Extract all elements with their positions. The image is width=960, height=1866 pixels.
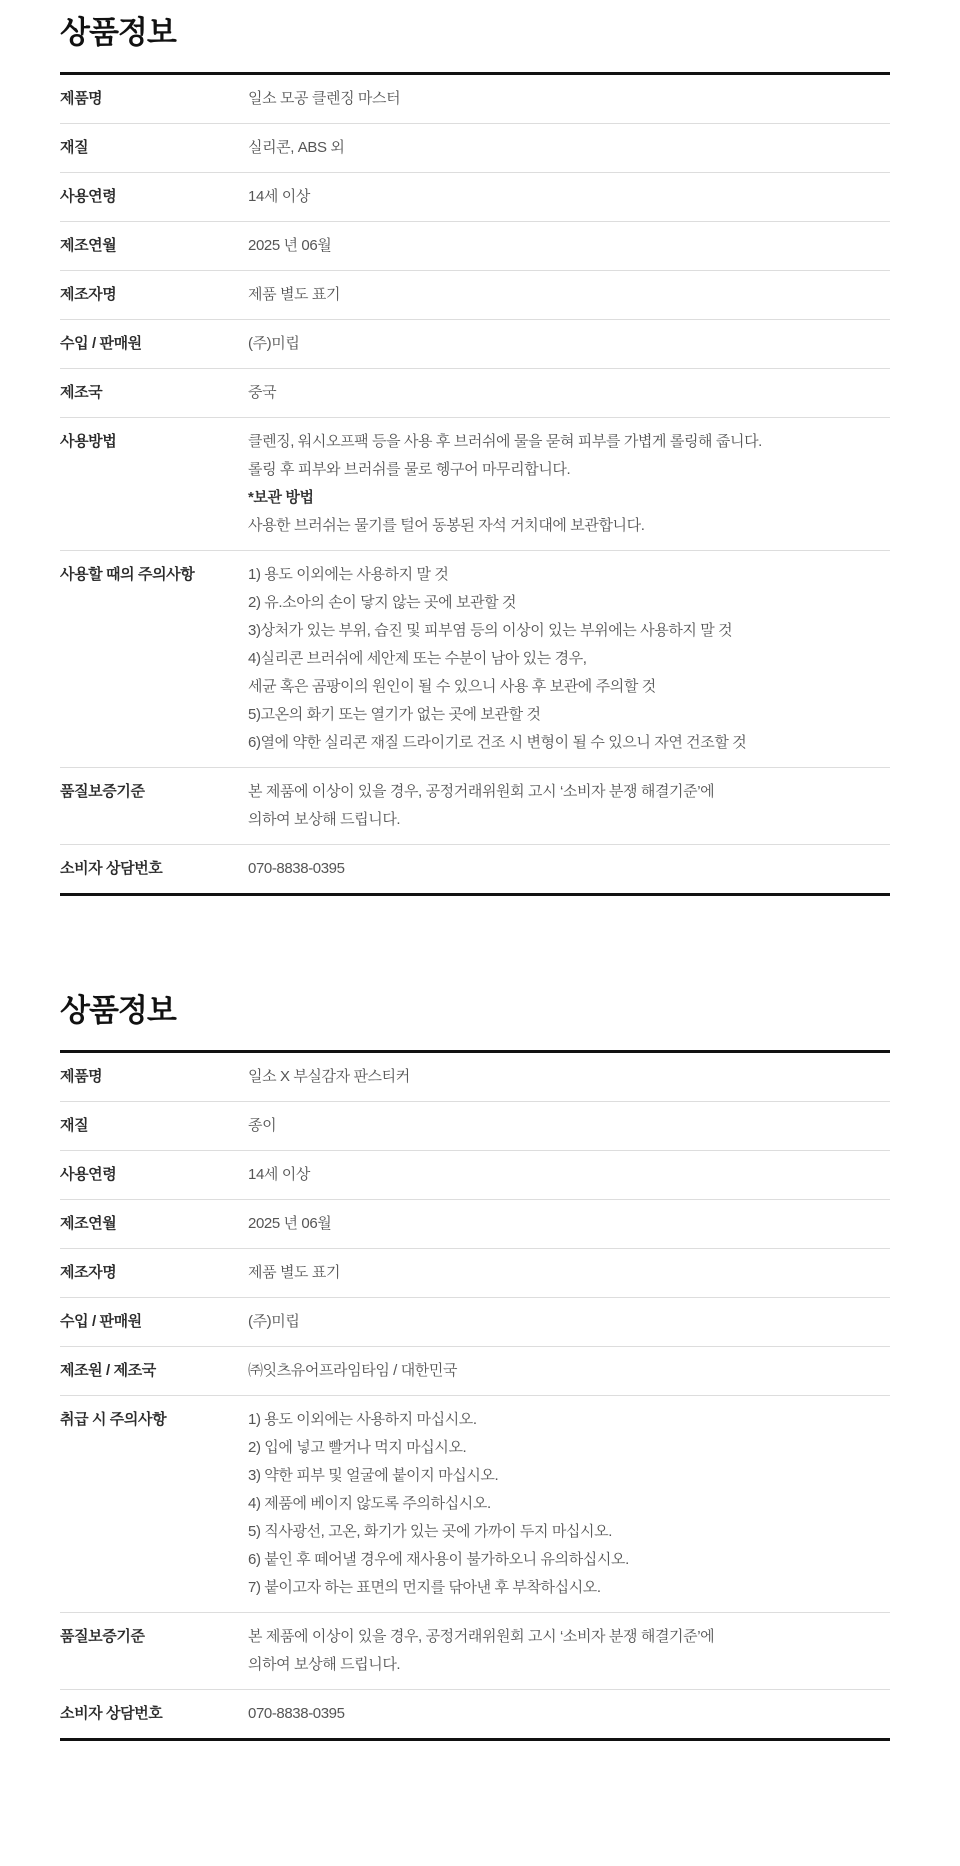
section-title: 상품정보 <box>60 992 890 1031</box>
row-value-line: ㈜잇츠유어프라임타임 / 대한민국 <box>248 1357 890 1385</box>
row-value-line: 3) 약한 피부 및 얼굴에 붙이지 마십시오. <box>248 1462 890 1490</box>
row-value: (주)미립 <box>248 1308 890 1336</box>
row-label: 제조원 / 제조국 <box>60 1357 248 1385</box>
row-value-line: 종이 <box>248 1112 890 1140</box>
row-value-line: 4)실리콘 브러쉬에 세안제 또는 수분이 남아 있는 경우, <box>248 645 890 673</box>
row-value-line: 4) 제품에 베이지 않도록 주의하십시오. <box>248 1490 890 1518</box>
row-label: 수입 / 판매원 <box>60 1308 248 1336</box>
row-value-line: 070-8838-0395 <box>248 1700 890 1728</box>
row-value-line: 제품 별도 표기 <box>248 1259 890 1287</box>
row-label: 제조자명 <box>60 281 248 309</box>
row-value: 클렌징, 워시오프팩 등을 사용 후 브러쉬에 물을 묻혀 피부를 가볍게 롤링… <box>248 428 890 540</box>
table-row: 사용할 때의 주의사항 1) 용도 이외에는 사용하지 말 것 2) 유.소아의… <box>60 550 890 767</box>
row-value-line: 3)상처가 있는 부위, 습진 및 피부염 등의 이상이 있는 부위에는 사용하… <box>248 617 890 645</box>
product-info-section: 상품정보 제품명 일소 X 부실감자 판스티커 재질 종이 사용연령 14세 이… <box>60 992 890 1741</box>
table-row: 품질보증기준 본 제품에 이상이 있을 경우, 공정거래위원회 고시 ‘소비자 … <box>60 767 890 844</box>
row-value: 제품 별도 표기 <box>248 1259 890 1287</box>
table-row: 제품명 일소 모공 클렌징 마스터 <box>60 75 890 123</box>
row-value-line: 롤링 후 피부와 브러쉬를 물로 헹구어 마무리합니다. <box>248 456 890 484</box>
row-value-line: 1) 용도 이외에는 사용하지 마십시오. <box>248 1406 890 1434</box>
row-value-line: 일소 모공 클렌징 마스터 <box>248 85 890 113</box>
table-row: 품질보증기준 본 제품에 이상이 있을 경우, 공정거래위원회 고시 ‘소비자 … <box>60 1612 890 1689</box>
row-value-line: 7) 붙이고자 하는 표면의 먼지를 닦아낸 후 부착하십시오. <box>248 1574 890 1602</box>
table-row: 재질 종이 <box>60 1101 890 1150</box>
row-value-line: 중국 <box>248 379 890 407</box>
table-row: 수입 / 판매원 (주)미립 <box>60 319 890 368</box>
table-row: 사용방법 클렌징, 워시오프팩 등을 사용 후 브러쉬에 물을 묻혀 피부를 가… <box>60 417 890 550</box>
row-value: 본 제품에 이상이 있을 경우, 공정거래위원회 고시 ‘소비자 분쟁 해결기준… <box>248 778 890 834</box>
row-value-line: 의하여 보상해 드립니다. <box>248 806 890 834</box>
row-value-line: 5)고온의 화기 또는 열기가 없는 곳에 보관할 것 <box>248 701 890 729</box>
table-row: 제조자명 제품 별도 표기 <box>60 270 890 319</box>
row-value-line: 제품 별도 표기 <box>248 281 890 309</box>
row-value: ㈜잇츠유어프라임타임 / 대한민국 <box>248 1357 890 1385</box>
row-value: 중국 <box>248 379 890 407</box>
table-row: 제조연월 2025 년 06월 <box>60 221 890 270</box>
table-row: 제조국 중국 <box>60 368 890 417</box>
table-row: 제품명 일소 X 부실감자 판스티커 <box>60 1053 890 1101</box>
row-label: 품질보증기준 <box>60 1623 248 1651</box>
row-label: 사용방법 <box>60 428 248 456</box>
row-label: 재질 <box>60 1112 248 1140</box>
product-info-table: 제품명 일소 X 부실감자 판스티커 재질 종이 사용연령 14세 이상 제조연… <box>60 1050 890 1741</box>
row-value-line: 1) 용도 이외에는 사용하지 말 것 <box>248 561 890 589</box>
row-label: 제조연월 <box>60 1210 248 1238</box>
table-row: 사용연령 14세 이상 <box>60 1150 890 1199</box>
row-value-line: 5) 직사광선, 고온, 화기가 있는 곳에 가까이 두지 마십시오. <box>248 1518 890 1546</box>
row-value: 070-8838-0395 <box>248 855 890 883</box>
row-value-line: 본 제품에 이상이 있을 경우, 공정거래위원회 고시 ‘소비자 분쟁 해결기준… <box>248 1623 890 1651</box>
row-value-line: 실리콘, ABS 외 <box>248 134 890 162</box>
row-value: 실리콘, ABS 외 <box>248 134 890 162</box>
table-row: 제조자명 제품 별도 표기 <box>60 1248 890 1297</box>
row-value: 일소 모공 클렌징 마스터 <box>248 85 890 113</box>
table-row: 재질 실리콘, ABS 외 <box>60 123 890 172</box>
table-row: 제조원 / 제조국 ㈜잇츠유어프라임타임 / 대한민국 <box>60 1346 890 1395</box>
row-label: 소비자 상담번호 <box>60 1700 248 1728</box>
product-info-page: 상품정보 제품명 일소 모공 클렌징 마스터 재질 실리콘, ABS 외 사용연… <box>0 0 960 1801</box>
row-value: 종이 <box>248 1112 890 1140</box>
row-value-line: 본 제품에 이상이 있을 경우, 공정거래위원회 고시 ‘소비자 분쟁 해결기준… <box>248 778 890 806</box>
row-label: 제조연월 <box>60 232 248 260</box>
row-value-line: 6) 붙인 후 떼어낼 경우에 재사용이 불가하오니 유의하십시오. <box>248 1546 890 1574</box>
row-value-line: 2025 년 06월 <box>248 232 890 260</box>
row-value: 일소 X 부실감자 판스티커 <box>248 1063 890 1091</box>
row-value-line: *보관 방법 <box>248 484 890 512</box>
product-info-section: 상품정보 제품명 일소 모공 클렌징 마스터 재질 실리콘, ABS 외 사용연… <box>60 14 890 896</box>
row-label: 제품명 <box>60 85 248 113</box>
row-value: 2025 년 06월 <box>248 232 890 260</box>
section-title: 상품정보 <box>60 14 890 53</box>
table-row: 제조연월 2025 년 06월 <box>60 1199 890 1248</box>
row-value: 14세 이상 <box>248 1161 890 1189</box>
product-info-table: 제품명 일소 모공 클렌징 마스터 재질 실리콘, ABS 외 사용연령 14세… <box>60 72 890 896</box>
row-value-line: 2) 유.소아의 손이 닿지 않는 곳에 보관할 것 <box>248 589 890 617</box>
row-value-line: (주)미립 <box>248 1308 890 1336</box>
row-value-line: (주)미립 <box>248 330 890 358</box>
row-label: 제조자명 <box>60 1259 248 1287</box>
row-value-line: 2) 입에 넣고 빨거나 먹지 마십시오. <box>248 1434 890 1462</box>
row-value: 14세 이상 <box>248 183 890 211</box>
row-label: 제조국 <box>60 379 248 407</box>
table-row: 취급 시 주의사항 1) 용도 이외에는 사용하지 마십시오. 2) 입에 넣고… <box>60 1395 890 1612</box>
row-label: 사용연령 <box>60 183 248 211</box>
row-value: 1) 용도 이외에는 사용하지 말 것 2) 유.소아의 손이 닿지 않는 곳에… <box>248 561 890 757</box>
row-value-line: 2025 년 06월 <box>248 1210 890 1238</box>
row-value: 1) 용도 이외에는 사용하지 마십시오. 2) 입에 넣고 빨거나 먹지 마십… <box>248 1406 890 1602</box>
table-row: 소비자 상담번호 070-8838-0395 <box>60 844 890 893</box>
table-row: 수입 / 판매원 (주)미립 <box>60 1297 890 1346</box>
row-value: (주)미립 <box>248 330 890 358</box>
table-row: 소비자 상담번호 070-8838-0395 <box>60 1689 890 1738</box>
row-value: 본 제품에 이상이 있을 경우, 공정거래위원회 고시 ‘소비자 분쟁 해결기준… <box>248 1623 890 1679</box>
row-label: 사용할 때의 주의사항 <box>60 561 248 589</box>
row-value: 070-8838-0395 <box>248 1700 890 1728</box>
row-value-line: 의하여 보상해 드립니다. <box>248 1651 890 1679</box>
row-label: 재질 <box>60 134 248 162</box>
row-value-line: 클렌징, 워시오프팩 등을 사용 후 브러쉬에 물을 묻혀 피부를 가볍게 롤링… <box>248 428 890 456</box>
row-value: 2025 년 06월 <box>248 1210 890 1238</box>
row-value-line: 사용한 브러쉬는 물기를 털어 동봉된 자석 거치대에 보관합니다. <box>248 512 890 540</box>
row-label: 사용연령 <box>60 1161 248 1189</box>
sections-root: 상품정보 제품명 일소 모공 클렌징 마스터 재질 실리콘, ABS 외 사용연… <box>60 14 890 1741</box>
row-label: 소비자 상담번호 <box>60 855 248 883</box>
row-value: 제품 별도 표기 <box>248 281 890 309</box>
row-value-line: 세균 혹은 곰팡이의 원인이 될 수 있으니 사용 후 보관에 주의할 것 <box>248 673 890 701</box>
row-value-line: 070-8838-0395 <box>248 855 890 883</box>
row-value-line: 일소 X 부실감자 판스티커 <box>248 1063 890 1091</box>
row-label: 제품명 <box>60 1063 248 1091</box>
row-label: 취급 시 주의사항 <box>60 1406 248 1434</box>
row-value-line: 14세 이상 <box>248 183 890 211</box>
row-value-line: 14세 이상 <box>248 1161 890 1189</box>
row-label: 수입 / 판매원 <box>60 330 248 358</box>
row-label: 품질보증기준 <box>60 778 248 806</box>
table-row: 사용연령 14세 이상 <box>60 172 890 221</box>
row-value-line: 6)열에 약한 실리콘 재질 드라이기로 건조 시 변형이 될 수 있으니 자연… <box>248 729 890 757</box>
